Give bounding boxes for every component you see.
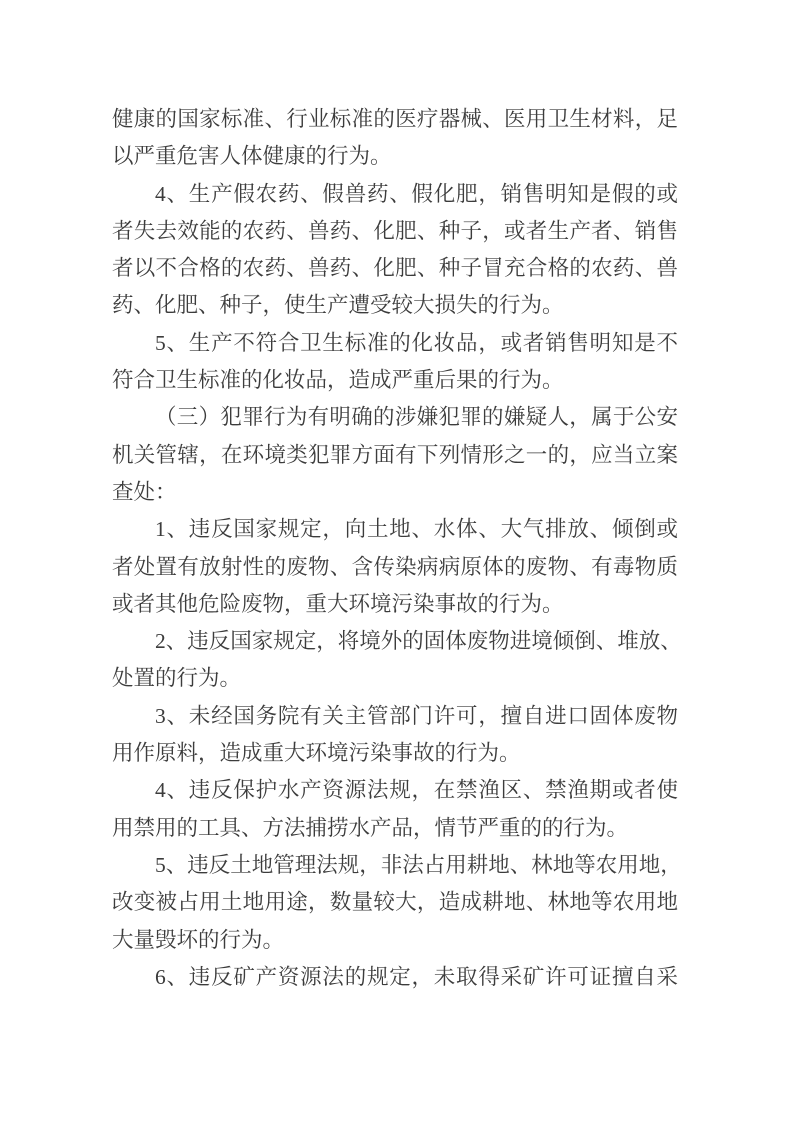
text-line: 用作原料，造成重大环境污染事故的行为。 [112, 735, 678, 772]
text-line: 用禁用的工具、方法捕捞水产品，情节严重的的行为。 [112, 810, 678, 847]
paragraph: （三）犯罪行为有明确的涉嫌犯罪的嫌疑人，属于公安机关管辖，在环境类犯罪方面有下列… [112, 399, 678, 511]
text-line: 处置的行为。 [112, 660, 678, 697]
paragraph: 2、违反国家规定，将境外的固体废物进境倾倒、堆放、处置的行为。 [112, 623, 678, 698]
text-line: 查处： [112, 474, 678, 511]
paragraph: 3、未经国务院有关主管部门许可，擅自进口固体废物用作原料，造成重大环境污染事故的… [112, 698, 678, 773]
text-line: 5、违反土地管理法规，非法占用耕地、林地等农用地， [112, 847, 678, 884]
document-page: 健康的国家标准、行业标准的医疗器械、医用卫生材料，足以严重危害人体健康的行为。4… [0, 0, 793, 1122]
text-line: 1、违反国家规定，向土地、水体、大气排放、倾倒或 [112, 511, 678, 548]
text-line: 或者其他危险废物，重大环境污染事故的行为。 [112, 586, 678, 623]
text-line: 改变被占用土地用途，数量较大，造成耕地、林地等农用地 [112, 884, 678, 921]
text-line: 以严重危害人体健康的行为。 [112, 138, 678, 175]
text-line: 者失去效能的农药、兽药、化肥、种子，或者生产者、销售 [112, 213, 678, 250]
text-line: （三）犯罪行为有明确的涉嫌犯罪的嫌疑人，属于公安 [112, 399, 678, 436]
paragraph: 5、生产不符合卫生标准的化妆品，或者销售明知是不符合卫生标准的化妆品，造成严重后… [112, 325, 678, 400]
text-line: 6、违反矿产资源法的规定，未取得采矿许可证擅自采 [112, 959, 678, 996]
paragraph: 4、生产假农药、假兽药、假化肥，销售明知是假的或者失去效能的农药、兽药、化肥、种… [112, 176, 678, 325]
text-line: 2、违反国家规定，将境外的固体废物进境倾倒、堆放、 [112, 623, 678, 660]
text-line: 大量毁坏的行为。 [112, 922, 678, 959]
text-line: 符合卫生标准的化妆品，造成严重后果的行为。 [112, 362, 678, 399]
text-line: 药、化肥、种子，使生产遭受较大损失的行为。 [112, 287, 678, 324]
text-line: 5、生产不符合卫生标准的化妆品，或者销售明知是不 [112, 325, 678, 362]
text-line: 4、违反保护水产资源法规，在禁渔区、禁渔期或者使 [112, 772, 678, 809]
text-line: 3、未经国务院有关主管部门许可，擅自进口固体废物 [112, 698, 678, 735]
text-line: 者处置有放射性的废物、含传染病病原体的废物、有毒物质 [112, 549, 678, 586]
text-line: 者以不合格的农药、兽药、化肥、种子冒充合格的农药、兽 [112, 250, 678, 287]
paragraph: 健康的国家标准、行业标准的医疗器械、医用卫生材料，足以严重危害人体健康的行为。 [112, 101, 678, 176]
text-line: 健康的国家标准、行业标准的医疗器械、医用卫生材料，足 [112, 101, 678, 138]
paragraph: 4、违反保护水产资源法规，在禁渔区、禁渔期或者使用禁用的工具、方法捕捞水产品，情… [112, 772, 678, 847]
paragraph: 5、违反土地管理法规，非法占用耕地、林地等农用地，改变被占用土地用途，数量较大，… [112, 847, 678, 959]
text-line: 机关管辖，在环境类犯罪方面有下列情形之一的，应当立案 [112, 437, 678, 474]
paragraph: 1、违反国家规定，向土地、水体、大气排放、倾倒或者处置有放射性的废物、含传染病病… [112, 511, 678, 623]
paragraph: 6、违反矿产资源法的规定，未取得采矿许可证擅自采 [112, 959, 678, 996]
text-line: 4、生产假农药、假兽药、假化肥，销售明知是假的或 [112, 176, 678, 213]
document-text-block: 健康的国家标准、行业标准的医疗器械、医用卫生材料，足以严重危害人体健康的行为。4… [112, 101, 678, 996]
